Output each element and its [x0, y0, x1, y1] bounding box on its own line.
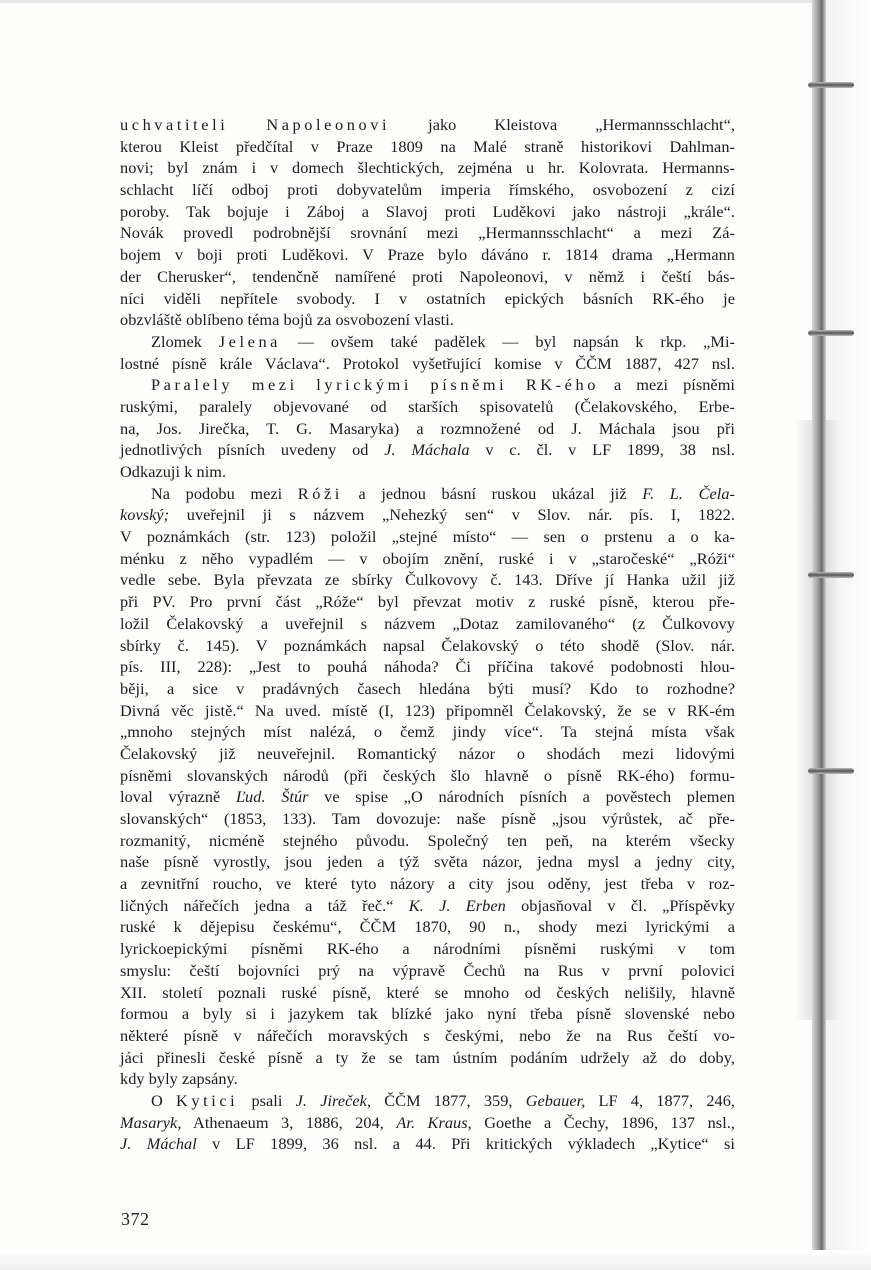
text-run: der Cherusker“, tendenčně namířené proti… [120, 267, 735, 286]
text-line: písněmi slovanských národů (při českých … [120, 765, 735, 787]
text-line: ličných nářečích jedna a táž řeč.“ K. J.… [120, 895, 735, 917]
text-run: ložil Čelakovský a uveřejnil s názvem „D… [120, 614, 735, 633]
text-line: kdy byly zapsány. [120, 1068, 735, 1090]
text-line: Divná věc jistě.“ Na uved. místě (I, 123… [120, 700, 735, 722]
text-line: Masaryk, Athenaeum 3, 1886, 204, Ar. Kra… [120, 1112, 735, 1134]
text-run: XII. století poznali ruské písně, které … [120, 983, 735, 1002]
text-line: XII. století poznali ruské písně, které … [120, 982, 735, 1004]
italic-reference: F. L. Čela- [642, 484, 735, 503]
text-line: slovanských“ (1853, 133). Tam dovozuje: … [120, 808, 735, 830]
text-line: obzvláště oblíbeno téma bojů za osvoboze… [120, 309, 735, 331]
text-run: vedle sebe. Byla převzata ze sbírky Čulk… [120, 570, 735, 589]
text-run: kdy byly zapsány. [120, 1069, 238, 1088]
text-line: Paralely mezi lyrickými písněmi RK-ého a… [120, 374, 735, 396]
text-run: v c. čl. v LF 1899, 38 nsl. [470, 440, 735, 459]
text-line: bojem v boji proti Luděkovi. V Praze byl… [120, 244, 735, 266]
text-run: ménku z něho vypadlém — v obojím znění, … [120, 549, 735, 568]
text-run: LF 4, 1877, 246, [585, 1091, 735, 1110]
book-spine-binding [812, 0, 826, 1270]
text-run [228, 115, 266, 134]
text-run: bojem v boji proti Luděkovi. V Praze byl… [120, 245, 735, 264]
text-run: na, Jos. Jirečka, T. G. Masaryka) a rozm… [120, 419, 735, 438]
italic-reference: K. J. Erben [409, 896, 506, 915]
text-line: ruské k dějepisu českému“, ČČM 1870, 90 … [120, 916, 735, 938]
text-line: ruskými, paralely objevované od starších… [120, 396, 735, 418]
text-line: smyslu: čeští bojovníci prý na výpravě Č… [120, 960, 735, 982]
text-line: uchvatiteli Napoleonovi jako Kleistova „… [120, 114, 735, 136]
text-run: Divná věc jistě.“ Na uved. místě (I, 123… [120, 701, 735, 720]
text-run: běji, a sice v pradávných časech hledána… [120, 679, 735, 698]
italic-reference: kovský; [120, 505, 169, 524]
text-run: formou a byly si i jazykem tak blízké ja… [120, 1004, 735, 1023]
text-run: a jednou básní ruskou ukázal již [343, 484, 642, 503]
text-line: schlacht líčí odboj proti dobyvatelům im… [120, 179, 735, 201]
text-line: „mnoho stejných míst nalézá, o čemž jind… [120, 721, 735, 743]
text-line: lostné písně krále Václava“. Protokol vy… [120, 353, 735, 375]
text-run: smyslu: čeští bojovníci prý na výpravě Č… [120, 961, 735, 980]
text-line: lyrickoepickými písněmi RK-ého a národní… [120, 938, 735, 960]
text-run: loval výrazně [120, 787, 236, 806]
text-run: ličných nářečích jedna a táž řeč.“ [120, 896, 409, 915]
text-line: loval výrazně Ľud. Štúr ve spise „O náro… [120, 786, 735, 808]
text-run: slovanských“ (1853, 133). Tam dovozuje: … [120, 809, 735, 828]
text-line: Čelakovský již neuveřejnil. Romantický n… [120, 743, 735, 765]
spaced-emphasis: Paralely mezi lyrickými písněmi RK-ého [151, 375, 599, 394]
text-run: Na podobu mezi [151, 484, 298, 503]
text-run: písněmi slovanských národů (při českých … [120, 766, 735, 785]
spaced-emphasis: Jelena [219, 332, 281, 351]
text-run: uveřejnil ji s názvem „Nehezký sen“ v Sl… [169, 505, 735, 524]
text-line: níci viděli nepřítele svobody. I v ostat… [120, 288, 735, 310]
binding-stitch-icon [808, 82, 854, 88]
text-line: kterou Kleist předčítal v Praze 1809 na … [120, 136, 735, 158]
text-run: schlacht líčí odboj proti dobyvatelům im… [120, 180, 735, 199]
text-line: der Cherusker“, tendenčně namířené proti… [120, 266, 735, 288]
text-run: ruskými, paralely objevované od starších… [120, 397, 735, 416]
italic-reference: J. Máchal [120, 1134, 197, 1153]
text-line: poroby. Tak bojuje i Záboj a Slavoj prot… [120, 201, 735, 223]
text-line: V poznámkách (str. 123) položil „stejné … [120, 526, 735, 548]
text-line: formou a byly si i jazykem tak blízké ja… [120, 1003, 735, 1025]
text-run: — ovšem také padělek — byl napsán k rkp.… [281, 332, 735, 351]
text-run: Čelakovský již neuveřejnil. Romantický n… [120, 744, 735, 763]
text-line: při PV. Pro první část „Róže“ byl převza… [120, 591, 735, 613]
italic-reference: Ar. Kraus, [396, 1113, 471, 1132]
text-line: jáci přinesli české písně a ty že se tam… [120, 1047, 735, 1069]
text-run: Odkazuji k nim. [120, 462, 226, 481]
text-run: „mnoho stejných míst nalézá, o čemž jind… [120, 722, 735, 741]
text-run: objasňoval v čl. „Příspěvky [506, 896, 735, 915]
text-run: některé písně v nářečích moravských s če… [120, 1026, 735, 1045]
top-edge-shadow [0, 0, 871, 3]
text-run: lyrickoepickými písněmi RK-ého a národní… [120, 939, 735, 958]
text-run: ČČM 1877, 359, [371, 1091, 526, 1110]
text-line: některé písně v nářečích moravských s če… [120, 1025, 735, 1047]
text-run: rozmanitý, nicméně stejného původu. Spol… [120, 831, 735, 850]
text-line: jednotlivých písních uvedeny od J. Mácha… [120, 439, 735, 461]
text-line: Novák provedl podrobnější srovnání mezi … [120, 222, 735, 244]
text-run: při PV. Pro první část „Róže“ byl převza… [120, 592, 735, 611]
text-run: obzvláště oblíbeno téma bojů za osvoboze… [120, 310, 454, 329]
binding-stitch-icon [808, 572, 854, 578]
italic-reference: Gebauer, [526, 1091, 586, 1110]
text-run: pís. III, 228): „Jest to pouhá náhoda? Č… [120, 657, 735, 676]
text-run: novi; byl znám i v domech šlechtických, … [120, 158, 735, 177]
text-run: Novák provedl podrobnější srovnání mezi … [120, 223, 735, 242]
text-line: a zevnitřní roucho, ve které tyto názory… [120, 873, 735, 895]
text-run: Athenaeum 3, 1886, 204, [181, 1113, 396, 1132]
text-run: a mezi písněmi [599, 375, 735, 394]
text-run: kterou Kleist předčítal v Praze 1809 na … [120, 137, 735, 156]
text-run: naše písně vyrostly, jsou jeden a týž sv… [120, 852, 735, 871]
text-run: níci viděli nepřítele svobody. I v ostat… [120, 289, 735, 308]
text-line: Zlomek Jelena — ovšem také padělek — byl… [120, 331, 735, 353]
text-run: ruské k dějepisu českému“, ČČM 1870, 90 … [120, 917, 735, 936]
text-line: naše písně vyrostly, jsou jeden a týž sv… [120, 851, 735, 873]
italic-reference: Masaryk, [120, 1113, 181, 1132]
bottom-edge-shadow [0, 1250, 871, 1270]
text-run: psali [238, 1091, 295, 1110]
text-run: O [151, 1091, 176, 1110]
text-run: ve spise „O národních písních a pověstec… [309, 787, 735, 806]
text-run: sbírky č. 145). V poznámkách napsal Čela… [120, 636, 735, 655]
text-line: J. Máchal v LF 1899, 36 nsl. a 44. Při k… [120, 1133, 735, 1155]
text-line: sbírky č. 145). V poznámkách napsal Čela… [120, 635, 735, 657]
text-line: vedle sebe. Byla převzata ze sbírky Čulk… [120, 569, 735, 591]
text-line: kovský; uveřejnil ji s názvem „Nehezký s… [120, 504, 735, 526]
text-line: ložil Čelakovský a uveřejnil s názvem „D… [120, 613, 735, 635]
text-line: Na podobu mezi Róži a jednou básní rusko… [120, 483, 735, 505]
text-run: jáci přinesli české písně a ty že se tam… [120, 1048, 735, 1067]
text-run: jako Kleistova „Hermannsschlacht“, [390, 115, 735, 134]
text-line: Odkazuji k nim. [120, 461, 735, 483]
body-text: uchvatiteli Napoleonovi jako Kleistova „… [120, 114, 735, 1155]
text-run: V poznámkách (str. 123) položil „stejné … [120, 527, 735, 546]
text-run: v LF 1899, 36 nsl. a 44. Při kritických … [197, 1134, 735, 1153]
text-run: Zlomek [151, 332, 219, 351]
text-line: O Kytici psali J. Jireček, ČČM 1877, 359… [120, 1090, 735, 1112]
text-line: novi; byl znám i v domech šlechtických, … [120, 157, 735, 179]
text-line: běji, a sice v pradávných časech hledána… [120, 678, 735, 700]
spaced-emphasis: Napoleonovi [266, 115, 390, 134]
scanned-book-page: uchvatiteli Napoleonovi jako Kleistova „… [0, 0, 871, 1270]
text-line: na, Jos. Jirečka, T. G. Masaryka) a rozm… [120, 418, 735, 440]
spaced-emphasis: Róži [298, 484, 343, 503]
spaced-emphasis: uchvatiteli [120, 115, 228, 134]
spaced-emphasis: Kytici [176, 1091, 238, 1110]
italic-reference: J. Jireček, [296, 1091, 371, 1110]
text-run: jednotlivých písních uvedeny od [120, 440, 384, 459]
binding-stitch-icon [808, 768, 854, 774]
text-run: lostné písně krále Václava“. Protokol vy… [120, 354, 735, 373]
italic-reference: Ľud. Štúr [236, 787, 309, 806]
text-line: ménku z něho vypadlém — v obojím znění, … [120, 548, 735, 570]
text-run: Goethe a Čechy, 1896, 137 nsl., [472, 1113, 735, 1132]
page-number: 372 [121, 1209, 150, 1230]
binding-stitch-icon [808, 330, 854, 336]
italic-reference: J. Máchala [384, 440, 469, 459]
text-run: poroby. Tak bojuje i Záboj a Slavoj prot… [120, 202, 735, 221]
text-line: rozmanitý, nicméně stejného původu. Spol… [120, 830, 735, 852]
text-run: a zevnitřní roucho, ve které tyto názory… [120, 874, 735, 893]
text-line: pís. III, 228): „Jest to pouhá náhoda? Č… [120, 656, 735, 678]
